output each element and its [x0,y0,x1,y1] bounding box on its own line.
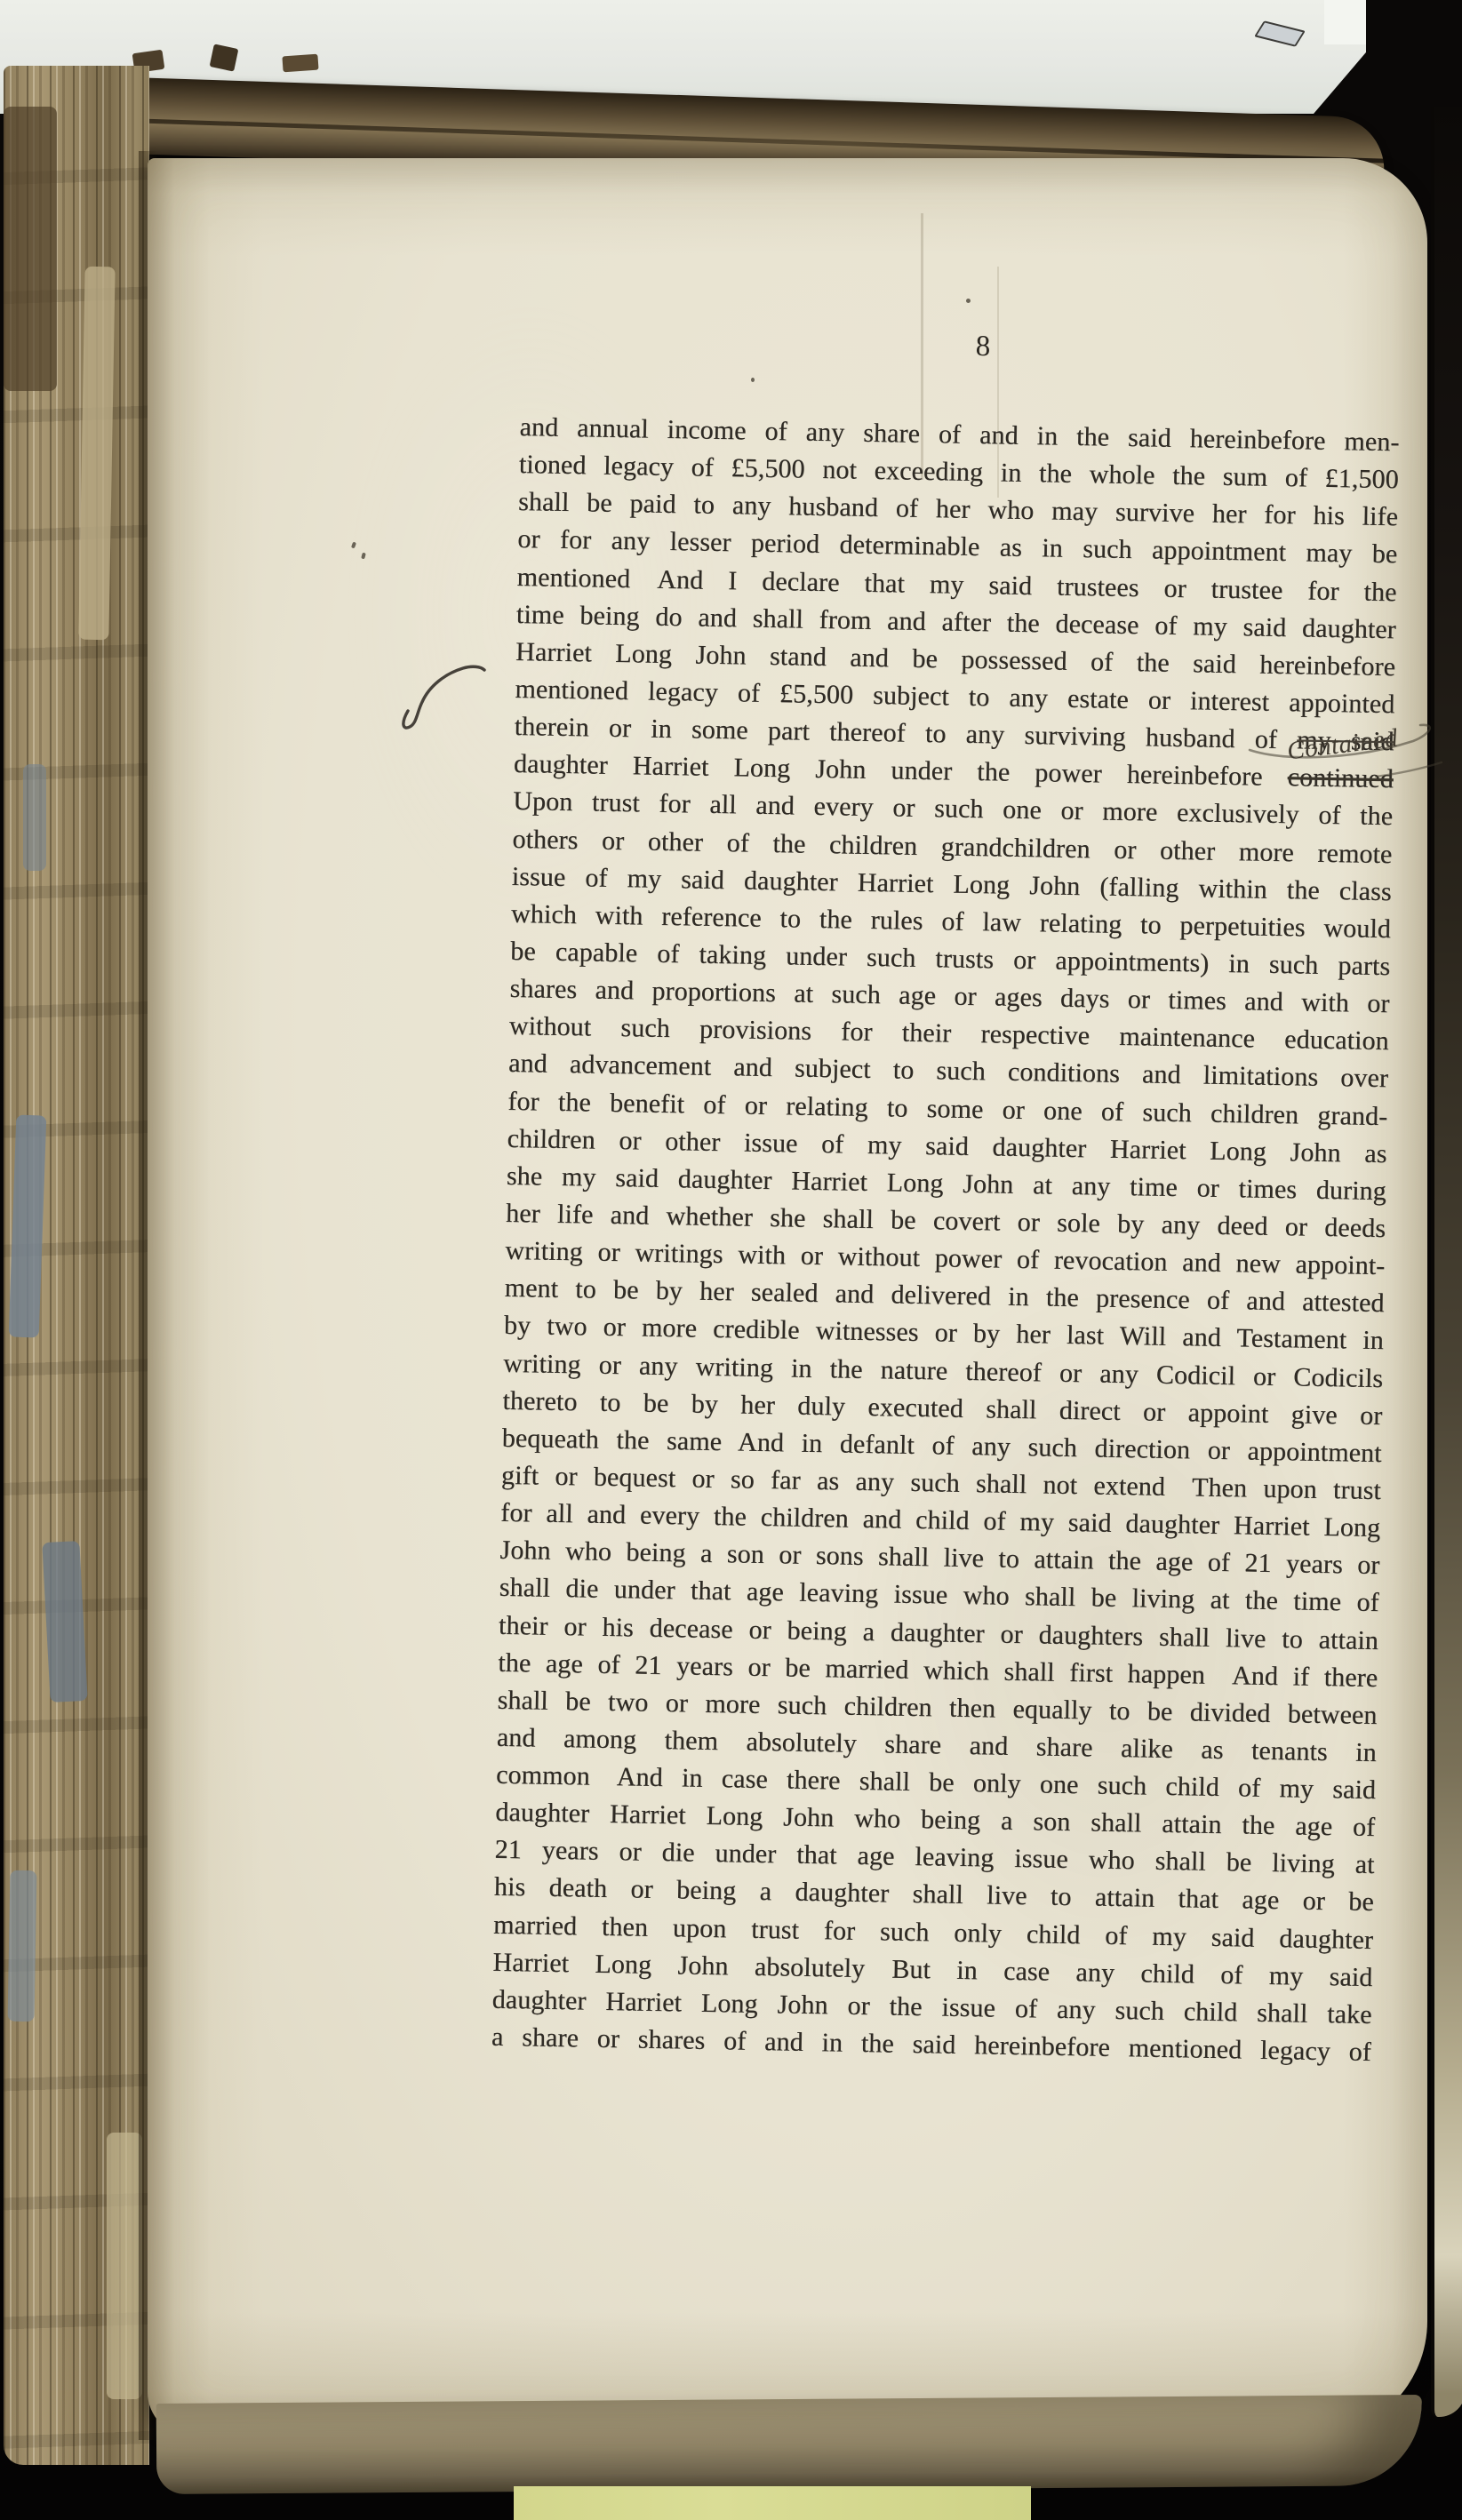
binding-cloth-patch [42,1541,87,1703]
binding-cloth-patch [9,1114,47,1337]
ink-speck [966,299,971,303]
check-mark-icon [394,659,491,732]
text-block: and annual income of any share of and in… [491,409,1400,2071]
scanned-book-page: 8 and annual income of any share of and … [0,0,1462,2520]
scanner-background-bright [1324,0,1366,44]
ragged-edge-fragment [282,54,318,73]
tattered-binding-edge [4,66,149,2465]
ragged-edge-fragment [210,44,239,71]
worn-spine-patch [4,107,57,391]
binding-cloth-patch [23,764,46,871]
adjacent-page-edge [1431,107,1462,2417]
ink-speck [751,378,755,382]
inserted-slip [514,2486,1031,2520]
page-edge-strip [78,267,115,641]
page-number: 8 [956,331,1011,364]
page-edge-strip [107,2133,142,2399]
binding-cloth-patch [8,1870,37,2022]
page-stack-bottom-edge [156,2395,1423,2494]
